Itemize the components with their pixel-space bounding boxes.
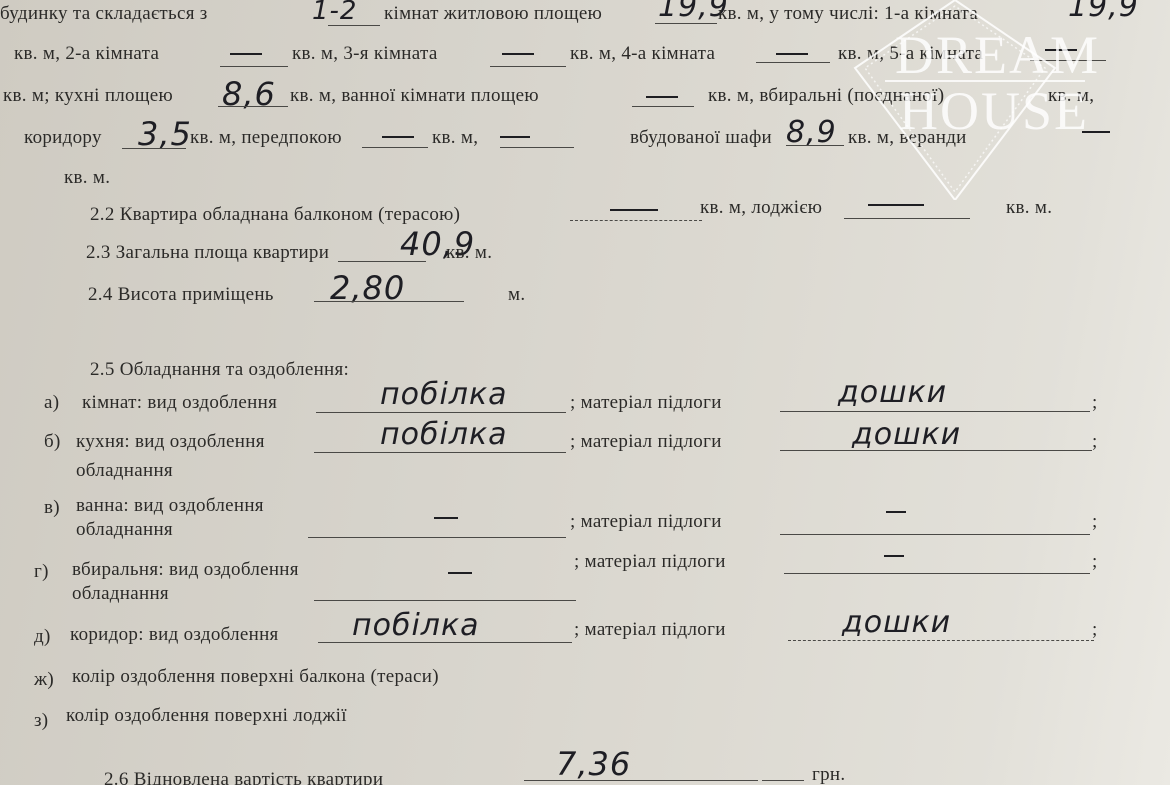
text-line2-a: кв. м, 2-а кімната xyxy=(14,44,159,63)
underline-bathroom xyxy=(632,106,694,107)
text-line1-mid: кімнат житловою площею xyxy=(384,4,602,23)
row-d-finish-underline xyxy=(318,642,572,643)
underline-room2 xyxy=(220,66,288,67)
text-s2-2-b: кв. м, лоджією xyxy=(700,198,822,217)
dash-veranda xyxy=(1082,131,1110,133)
text-line4-d: вбудованої шафи xyxy=(630,128,772,147)
row-b-sub: обладнання xyxy=(76,461,173,480)
field-room1-area: 19,9 xyxy=(1068,0,1139,22)
row-g-floor-label: ; матеріал підлоги xyxy=(574,552,726,571)
dash-extra xyxy=(500,136,530,138)
field-closet-area: 8,9 xyxy=(786,118,837,148)
text-s2-3-b: кв. м. xyxy=(446,243,492,262)
underline-rooms-count xyxy=(328,25,380,26)
row-zh-letter: ж) xyxy=(34,670,54,689)
underline-living-area xyxy=(655,23,717,24)
dash-room4 xyxy=(776,53,808,55)
dash-loggia xyxy=(868,204,924,206)
underline-total-area xyxy=(338,261,426,262)
row-d-floor: дошки xyxy=(842,608,951,638)
row-v-label: ванна: вид оздоблення xyxy=(76,496,264,515)
row-b-finish-underline xyxy=(314,452,566,453)
row-g-semicolon: ; xyxy=(1092,552,1098,571)
text-s2-2-a: 2.2 Квартира обладнана балконом (терасою… xyxy=(90,205,460,224)
dash-room3 xyxy=(502,53,534,55)
row-a-floor-underline xyxy=(780,411,1090,412)
row-z-label: колір оздоблення поверхні лоджії xyxy=(66,706,347,725)
row-a-finish-underline xyxy=(316,412,566,413)
underline-restored-value-2 xyxy=(762,780,804,781)
dash-bathroom xyxy=(646,96,678,98)
text-s2-2-c: кв. м. xyxy=(1006,198,1052,217)
row-v-finish-dash xyxy=(434,517,458,519)
underline-kitchen xyxy=(218,106,288,107)
field-ceiling-height: 2,80 xyxy=(330,272,405,304)
row-a-letter: а) xyxy=(44,393,59,412)
row-v-floor-label: ; матеріал підлоги xyxy=(570,512,722,531)
text-line1-pre: будинку та складається з xyxy=(0,4,208,23)
dash-room5 xyxy=(1045,49,1077,51)
watermark-divider xyxy=(885,80,1085,82)
underline-room4 xyxy=(756,62,830,63)
row-g-finish-dash xyxy=(448,572,472,574)
row-a-semicolon: ; xyxy=(1092,393,1098,412)
dash-balcony xyxy=(610,209,658,211)
row-d-floor-underline xyxy=(788,640,1094,641)
row-a-label: кімнат: вид оздоблення xyxy=(82,393,277,412)
text-s2-6-b: грн. xyxy=(812,765,845,784)
text-s2-4-a: 2.4 Висота приміщень xyxy=(88,285,274,304)
row-a-floor: дошки xyxy=(838,378,947,408)
dash-room2 xyxy=(230,53,262,55)
text-s2-4-b: м. xyxy=(508,285,525,304)
text-line3-d: кв. м, xyxy=(1048,86,1094,105)
text-s2-6-a: 2.6 Відновлена вартість квартири xyxy=(104,770,383,785)
underline-balcony xyxy=(570,220,702,221)
row-d-semicolon: ; xyxy=(1092,620,1098,639)
row-b-floor-label: ; матеріал підлоги xyxy=(570,432,722,451)
text-line5: кв. м. xyxy=(64,168,110,187)
text-line2-d: кв. м, 5-а кімната xyxy=(838,44,983,63)
row-a-floor-label: ; матеріал підлоги xyxy=(570,393,722,412)
row-z-letter: з) xyxy=(34,711,48,730)
text-s2-3-a: 2.3 Загальна площа квартири xyxy=(86,243,329,262)
row-g-letter: г) xyxy=(34,562,49,581)
row-b-finish: побілка xyxy=(380,420,507,450)
row-v-floor-underline xyxy=(780,534,1090,535)
row-g-floor-dash xyxy=(884,555,904,557)
underline-corridor xyxy=(122,148,186,149)
text-line1-post: кв. м, у тому числі: 1-а кімната xyxy=(718,4,978,23)
row-b-semicolon: ; xyxy=(1092,432,1098,451)
row-v-finish-underline xyxy=(308,537,566,538)
underline-closet xyxy=(786,145,844,146)
underline-ceiling-height xyxy=(314,301,464,302)
underline-loggia xyxy=(844,218,970,219)
text-line3-a: кв. м; кухні площею xyxy=(3,86,173,105)
text-line4-a: коридору xyxy=(24,128,102,147)
underline-hallway xyxy=(362,147,428,148)
text-line4-e: кв. м, веранди xyxy=(848,128,967,147)
underline-room5 xyxy=(1030,60,1106,61)
row-b-floor: дошки xyxy=(852,420,961,450)
field-corridor-area: 3,5 xyxy=(138,118,192,150)
text-line4-b: кв. м, передпокою xyxy=(190,128,342,147)
field-rooms-count: 1-2 xyxy=(312,0,357,24)
row-b-label: кухня: вид оздоблення xyxy=(76,432,265,451)
row-g-finish-underline xyxy=(314,600,576,601)
row-zh-label: колір оздоблення поверхні балкона (терас… xyxy=(72,667,439,686)
row-v-semicolon: ; xyxy=(1092,512,1098,531)
underline-room3 xyxy=(490,66,566,67)
text-line2-c: кв. м, 4-а кімната xyxy=(570,44,715,63)
text-line3-c: кв. м, вбиральні (поєднаної) xyxy=(708,86,944,105)
text-line2-b: кв. м, 3-я кімната xyxy=(292,44,438,63)
row-v-sub: обладнання xyxy=(76,520,173,539)
dash-hallway xyxy=(382,136,414,138)
row-b-floor-underline xyxy=(780,450,1092,451)
row-g-label: вбиральня: вид оздоблення xyxy=(72,560,299,579)
row-v-letter: в) xyxy=(44,498,60,517)
underline-extra xyxy=(500,147,574,148)
text-line3-b: кв. м, ванної кімнати площею xyxy=(290,86,539,105)
row-v-floor-dash xyxy=(886,511,906,513)
row-d-finish: побілка xyxy=(352,611,479,641)
row-g-sub: обладнання xyxy=(72,584,169,603)
row-g-floor-underline xyxy=(784,573,1090,574)
section-2-5-title: 2.5 Обладнання та оздоблення: xyxy=(90,360,349,379)
row-d-letter: д) xyxy=(34,627,51,646)
underline-restored-value xyxy=(524,780,758,781)
row-a-finish: побілка xyxy=(380,380,507,410)
field-restored-value: 7,36 xyxy=(556,748,631,780)
row-d-floor-label: ; матеріал підлоги xyxy=(574,620,726,639)
text-line4-c: кв. м, xyxy=(432,128,478,147)
row-d-label: коридор: вид оздоблення xyxy=(70,625,279,644)
row-b-letter: б) xyxy=(44,432,61,451)
